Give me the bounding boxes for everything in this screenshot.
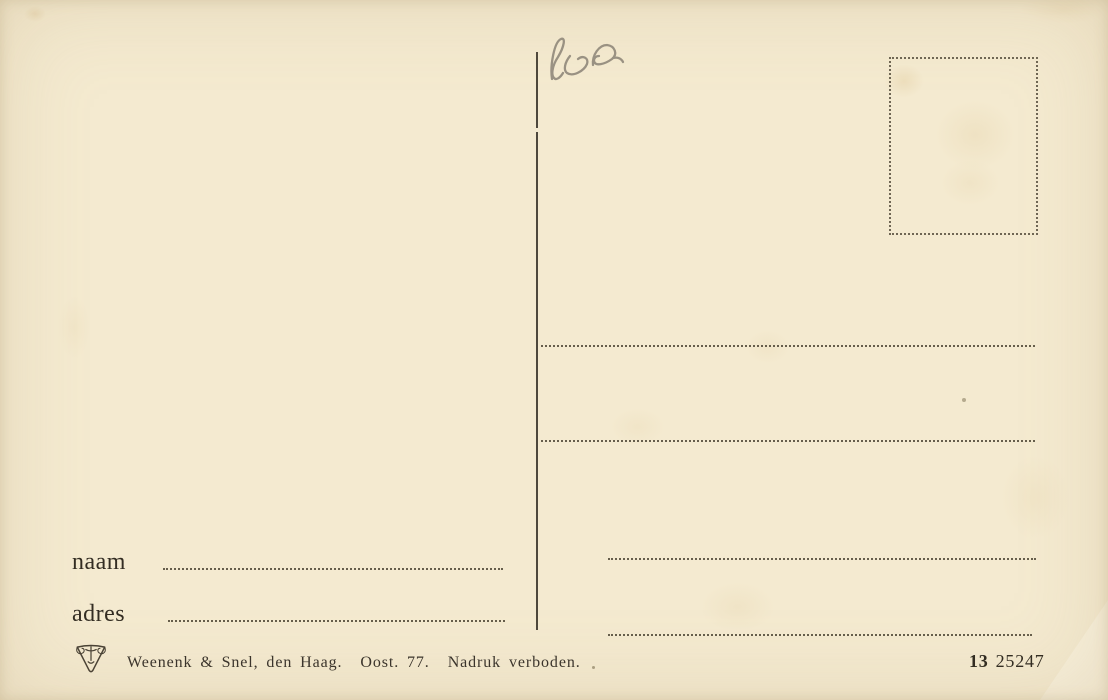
age-stain	[1000, 455, 1070, 540]
serial-digits: 25247	[996, 651, 1045, 672]
age-stain	[24, 6, 46, 22]
adres-writing-line	[168, 620, 505, 622]
age-stain	[1020, 0, 1108, 24]
adres-label: adres	[72, 601, 125, 628]
address-writing-line-1	[541, 345, 1035, 347]
copyright-notice: Nadruk verboden.	[448, 654, 581, 672]
publisher-monogram-icon	[74, 642, 108, 675]
ink-speck	[592, 666, 595, 669]
naam-writing-line	[163, 568, 503, 570]
address-writing-line-4	[608, 634, 1032, 636]
age-stain	[745, 330, 790, 364]
address-writing-line-2	[541, 440, 1035, 442]
serial-series: 13	[969, 651, 989, 672]
ink-speck	[962, 398, 966, 402]
postcard-back: naam adres Weenenk & Snel, den Haag. Oos…	[0, 0, 1108, 700]
center-divider-line	[536, 132, 538, 630]
stamp-box	[889, 57, 1038, 235]
corner-scuff	[1040, 600, 1108, 700]
publisher-imprint: Weenenk & Snel, den Haag. Oost. 77. Nadr…	[127, 654, 581, 672]
naam-label: naam	[72, 549, 126, 576]
age-stain	[700, 582, 775, 632]
handwritten-note	[538, 30, 648, 100]
address-writing-line-3	[608, 558, 1036, 560]
serial-number: 13 25247	[969, 651, 1045, 672]
publisher-name: Weenenk & Snel, den Haag.	[127, 654, 342, 672]
publisher-address: Oost. 77.	[360, 654, 429, 672]
age-stain	[58, 295, 90, 360]
